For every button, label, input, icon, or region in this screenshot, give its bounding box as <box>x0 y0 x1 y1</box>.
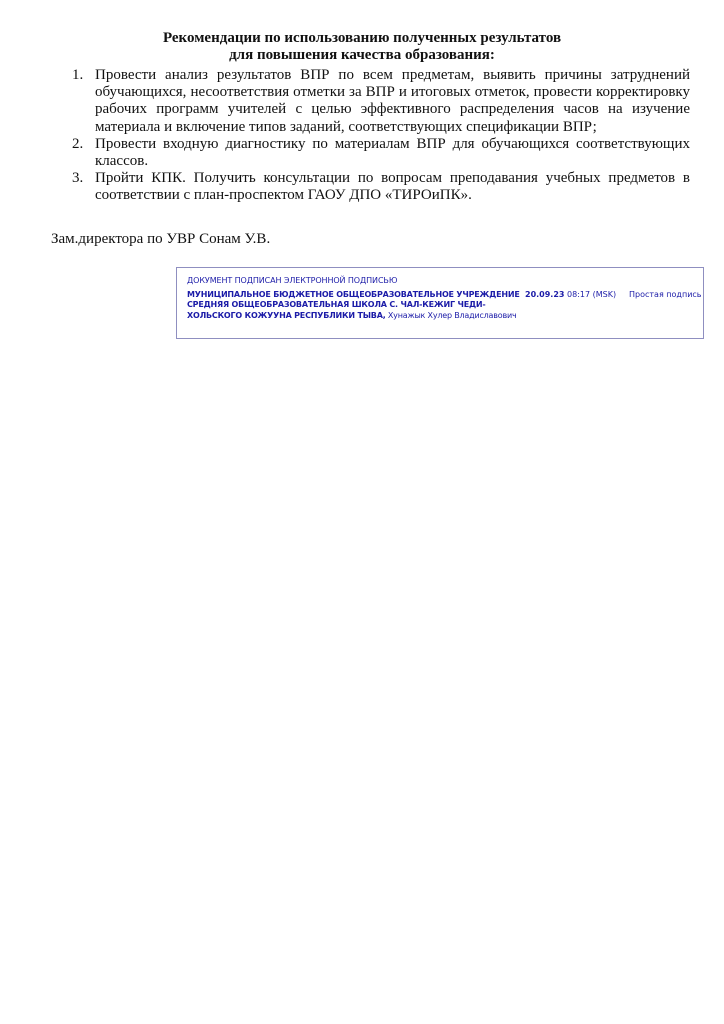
list-item-text: Провести входную диагностику по материал… <box>95 136 690 170</box>
document-page: Рекомендации по использованию полученных… <box>0 0 724 1024</box>
signer-line: Зам.директора по УВР Сонам У.В. <box>51 231 270 248</box>
list-item-number: 1. <box>72 67 83 84</box>
signature-datetime: 20.09.23 08:17 (MSK) <box>525 290 616 299</box>
signature-date: 20.09.23 <box>525 290 564 299</box>
document-title-line1: Рекомендации по использованию полученных… <box>0 30 724 47</box>
electronic-signature-stamp: ДОКУМЕНТ ПОДПИСАН ЭЛЕКТРОННОЙ ПОДПИСЬЮ М… <box>176 267 704 339</box>
list-item: 3. Пройти КПК. Получить консультации по … <box>72 170 690 204</box>
list-item-text: Провести анализ результатов ВПР по всем … <box>95 67 690 136</box>
list-item-number: 2. <box>72 136 83 153</box>
list-item-number: 3. <box>72 170 83 187</box>
document-title-line2: для повышения качества образования: <box>0 47 724 64</box>
signature-header: ДОКУМЕНТ ПОДПИСАН ЭЛЕКТРОННОЙ ПОДПИСЬЮ <box>187 276 397 285</box>
signature-person: Хунажык Хулер Владиславович <box>386 311 517 320</box>
list-item: 1. Провести анализ результатов ВПР по вс… <box>72 67 690 136</box>
recommendations-list: 1. Провести анализ результатов ВПР по вс… <box>72 67 690 205</box>
signature-organization: МУНИЦИПАЛЬНОЕ БЮДЖЕТНОЕ ОБЩЕОБРАЗОВАТЕЛЬ… <box>187 290 527 321</box>
list-item-text: Пройти КПК. Получить консультации по воп… <box>95 170 690 204</box>
list-item: 2. Провести входную диагностику по матер… <box>72 136 690 170</box>
signature-type: Простая подпись <box>629 290 702 299</box>
signature-time: 08:17 (MSK) <box>564 290 616 299</box>
